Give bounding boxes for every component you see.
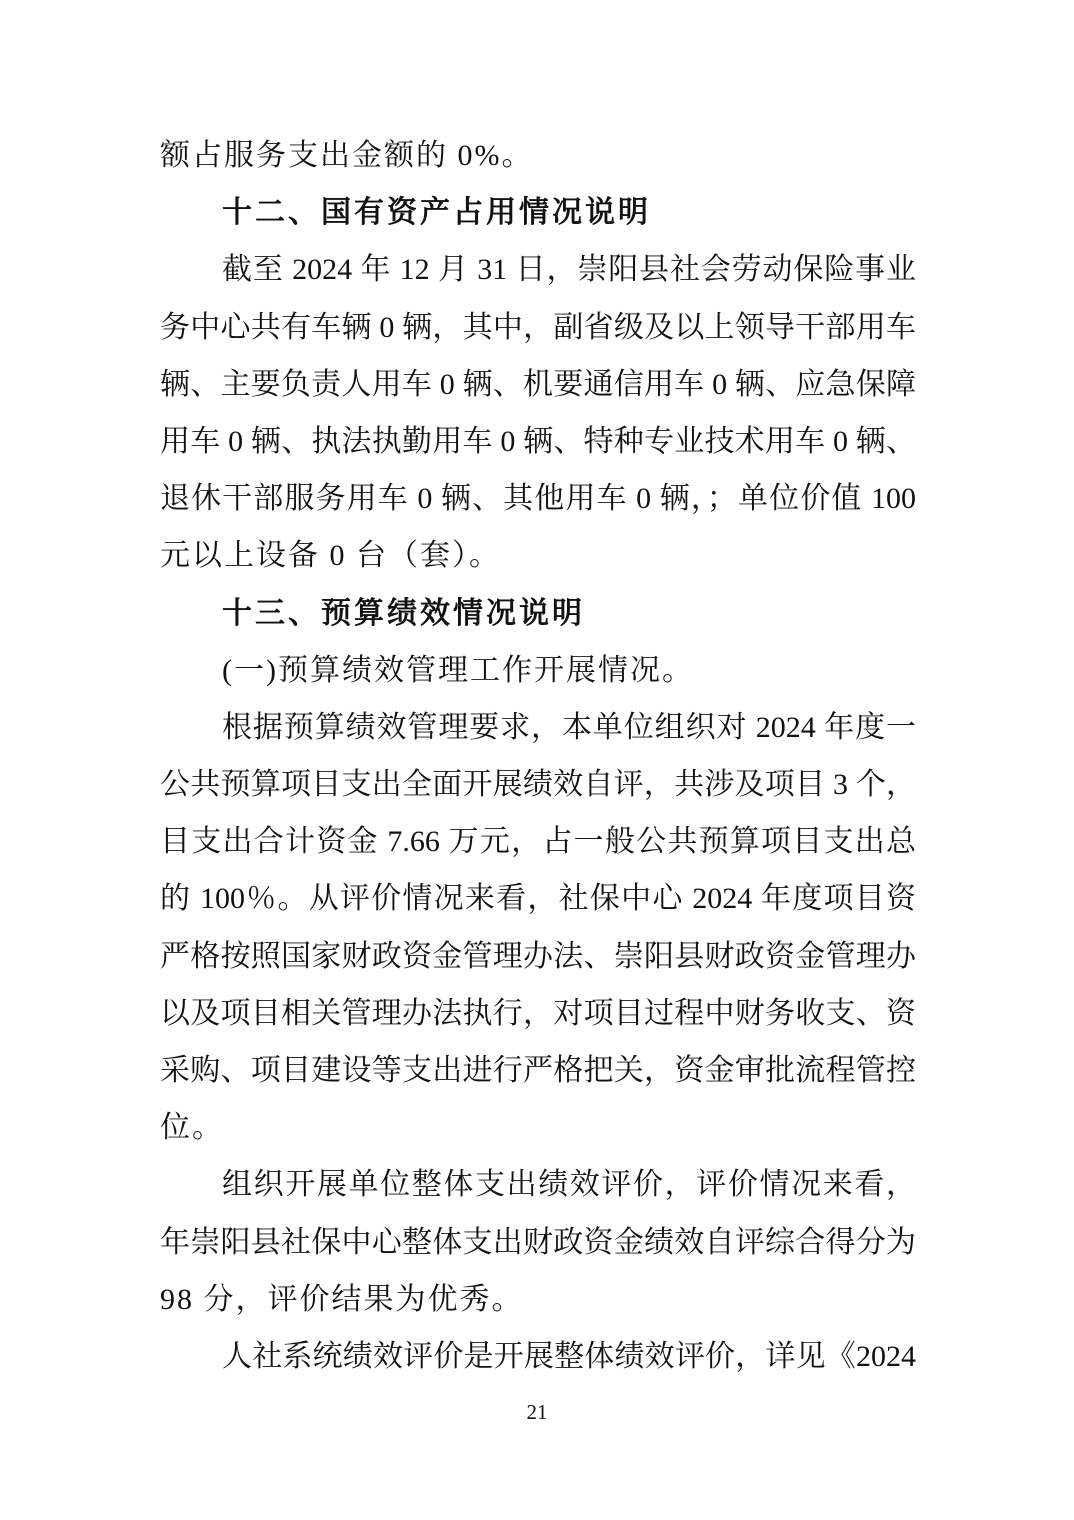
- text-line: 额占服务支出金额的 0%。: [160, 127, 916, 184]
- text-line: 辆、主要负责人用车 0 辆、机要通信用车 0 辆、应急保障: [160, 356, 916, 413]
- section-heading: 十三、预算绩效情况说明: [160, 585, 916, 642]
- text-line: 根据预算绩效管理要求，本单位组织对 2024 年度一般: [160, 699, 916, 756]
- text-line: 98 分，评价结果为优秀。: [160, 1271, 916, 1328]
- document-body: 额占服务支出金额的 0%。十二、国有资产占用情况说明截至 2024 年 12 月…: [160, 127, 916, 1385]
- text-line: 采购、项目建设等支出进行严格把关，资金审批流程管控到: [160, 1042, 916, 1099]
- text-line: 目支出合计资金 7.66 万元，占一般公共预算项目支出总额: [160, 813, 916, 870]
- document-page: 额占服务支出金额的 0%。十二、国有资产占用情况说明截至 2024 年 12 月…: [0, 0, 1074, 1520]
- text-line: 位。: [160, 1099, 916, 1156]
- text-line: (一)预算绩效管理工作开展情况。: [160, 642, 916, 699]
- text-line: 截至 2024 年 12 月 31 日，崇阳县社会劳动保险事业服: [160, 241, 916, 298]
- page-number: 21: [527, 1400, 548, 1424]
- text-line: 组织开展单位整体支出绩效评价，评价情况来看，2024: [160, 1156, 916, 1213]
- text-line: 务中心共有车辆 0 辆，其中，副省级及以上领导干部用车 0: [160, 299, 916, 356]
- text-line: 人社系统绩效评价是开展整体绩效评价，详见《2024 年: [160, 1328, 916, 1385]
- text-line: 元以上设备 0 台（套）。: [160, 527, 916, 584]
- text-line: 年崇阳县社保中心整体支出财政资金绩效自评综合得分为: [160, 1214, 916, 1271]
- text-line: 公共预算项目支出全面开展绩效自评，共涉及项目 3 个，项: [160, 756, 916, 813]
- text-line: 以及项目相关管理办法执行，对项目过程中财务收支、资产: [160, 985, 916, 1042]
- page-footer: 21: [0, 1400, 1074, 1425]
- text-line: 的 100％。从评价情况来看，社保中心 2024 年度项目资金均: [160, 870, 916, 927]
- text-line: 严格按照国家财政资金管理办法、崇阳县财政资金管理办法: [160, 928, 916, 985]
- text-line: 退休干部服务用车 0 辆、其他用车 0 辆，；单位价值 100 万: [160, 470, 916, 527]
- text-line: 用车 0 辆、执法执勤用车 0 辆、特种专业技术用车 0 辆、离: [160, 413, 916, 470]
- section-heading: 十二、国有资产占用情况说明: [160, 184, 916, 241]
